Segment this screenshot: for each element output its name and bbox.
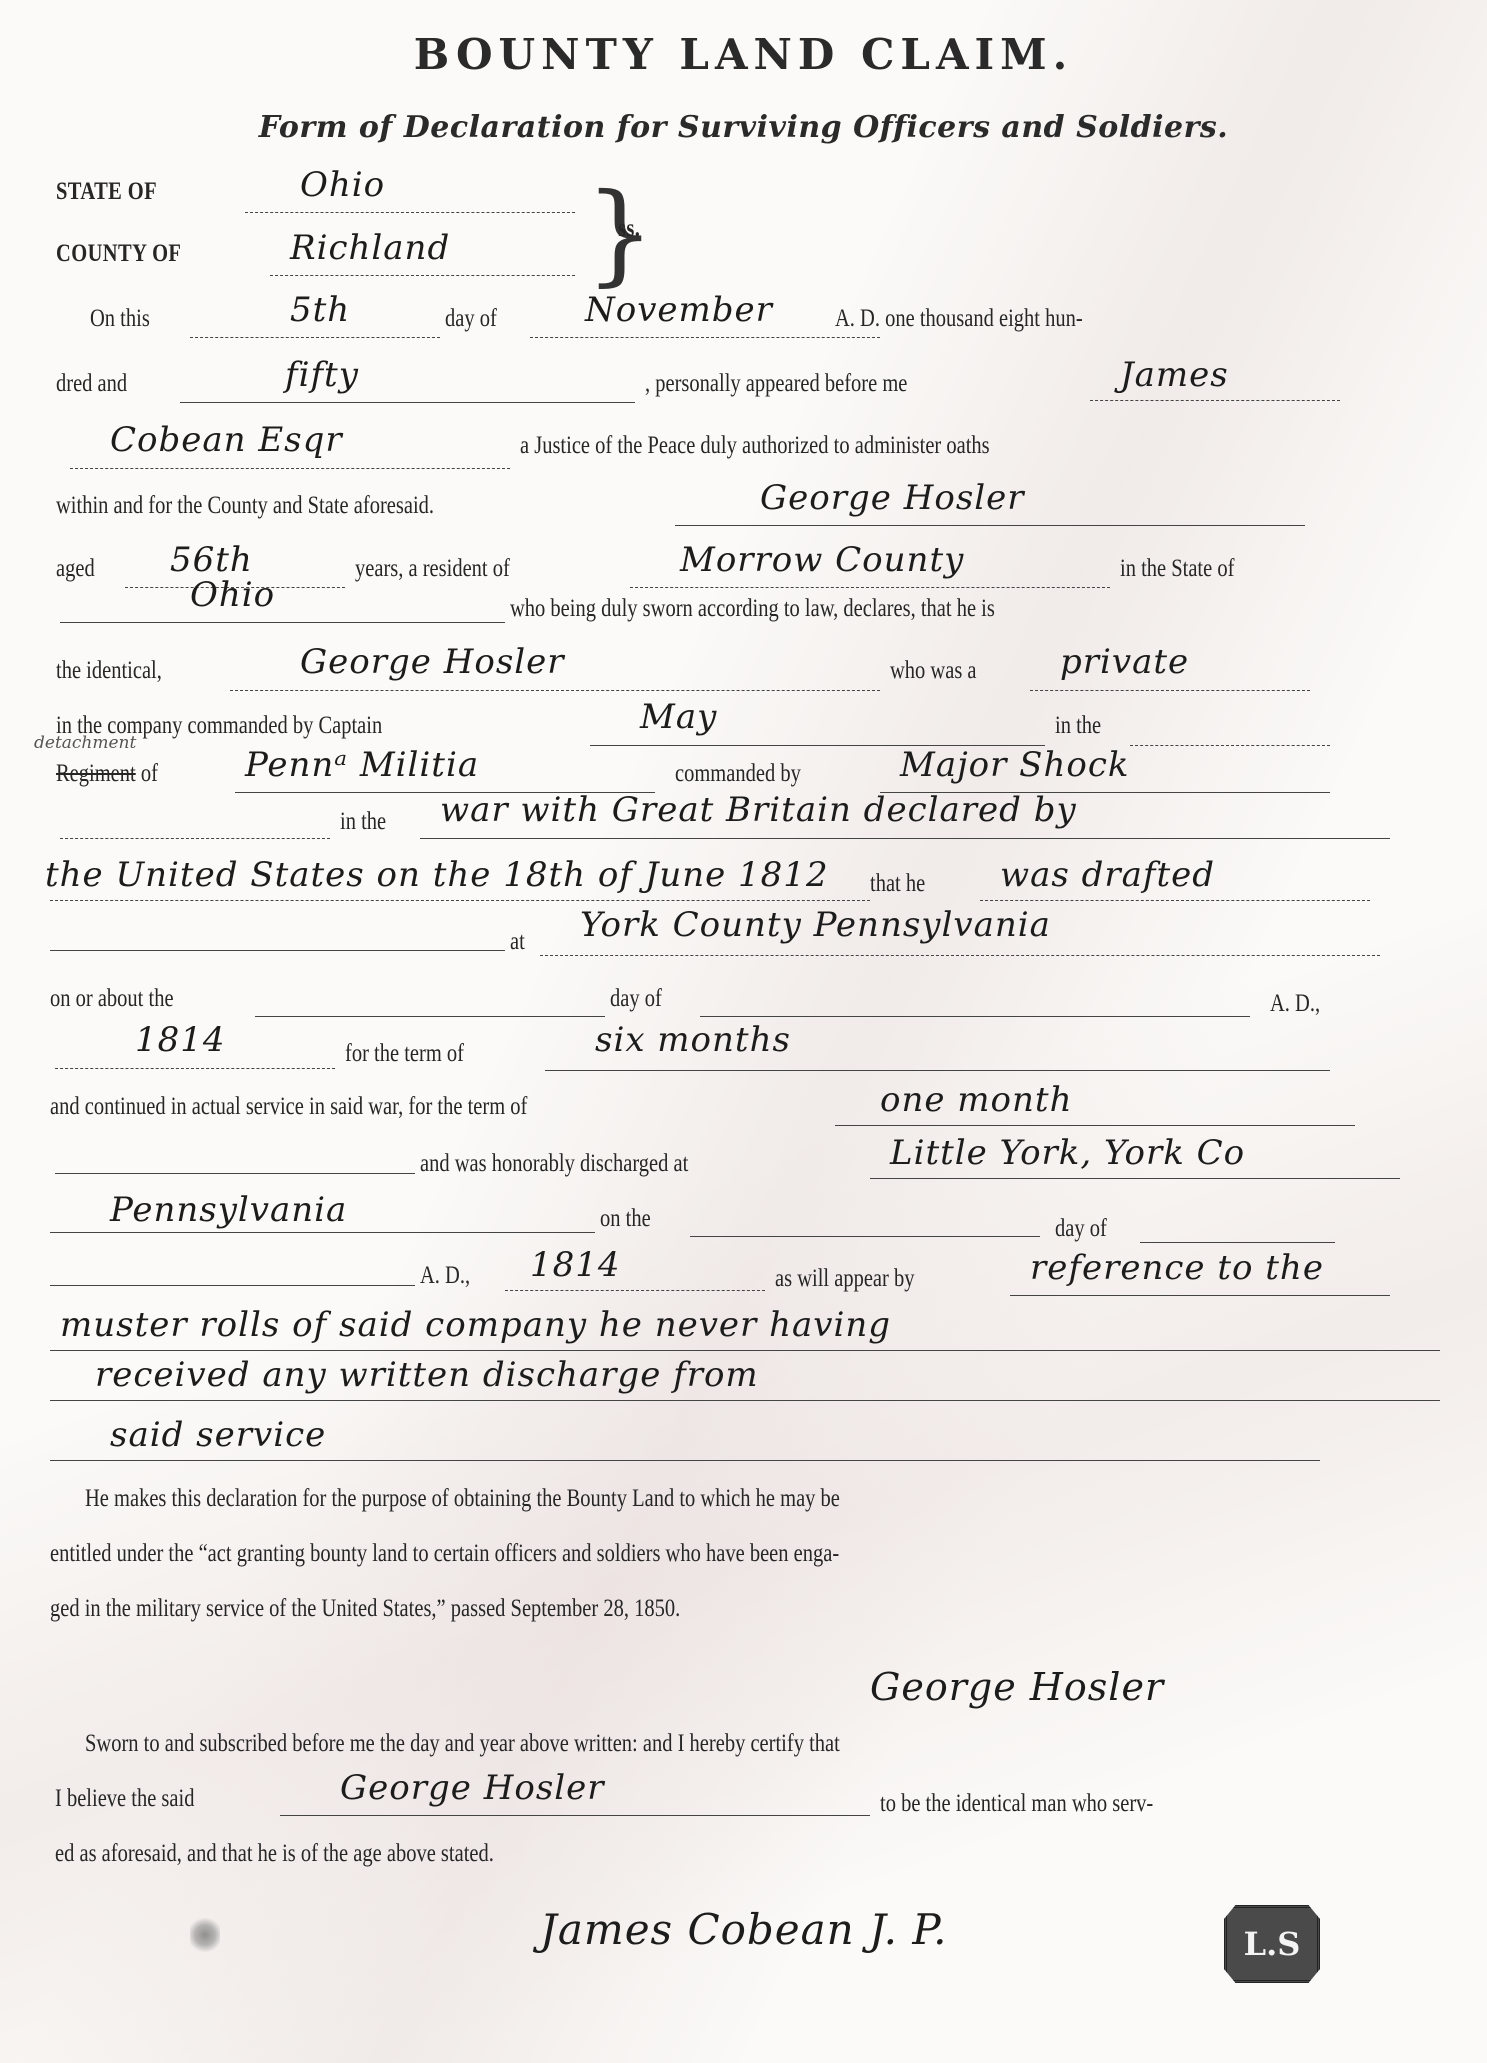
text-justice-of-peace: a Justice of the Peace duly authorized t… <box>520 432 990 460</box>
war-value-1: war with Great Britain declared by <box>440 790 1077 830</box>
declarant-name: George Hosler <box>760 478 1025 518</box>
age-value: 56th <box>170 540 253 580</box>
text-for-term-of: for the term of <box>345 1040 464 1068</box>
discharge-year: 1814 <box>530 1245 621 1285</box>
evidence-field-line-3 <box>50 1400 1440 1401</box>
evidence-4: said service <box>110 1415 326 1455</box>
state-value: Ohio <box>300 165 385 205</box>
county-value: Richland <box>290 228 450 268</box>
margin-insert-detachment: detachment <box>34 733 136 753</box>
text-continued-in-service: and continued in actual service in said … <box>50 1093 527 1121</box>
discharge-place-1: Little York, York Co <box>890 1133 1245 1173</box>
in-the-field-line <box>1130 745 1330 746</box>
month-value: November <box>585 290 773 330</box>
sworn-name: George Hosler <box>340 1768 605 1808</box>
rank-field-line <box>1030 690 1310 691</box>
day-value: 5th <box>290 290 350 330</box>
text-dred-and: dred and <box>56 370 127 398</box>
discharge-month-field-line <box>1140 1242 1335 1243</box>
justice-field-line <box>1090 400 1340 401</box>
drafted-at-value: York County Pennsylvania <box>580 905 1051 945</box>
text-ad-eight-hun: A. D. one thousand eight hun- <box>835 305 1083 333</box>
term-value: six months <box>595 1020 791 1060</box>
discharge-place-field-line-2 <box>50 1232 595 1233</box>
document-title: BOUNTY LAND CLAIM. <box>0 30 1487 79</box>
identical-name: George Hosler <box>300 642 565 682</box>
text-day-of-2: day of <box>610 985 662 1013</box>
discharge-place-field-line <box>870 1178 1400 1179</box>
enlist-year-field-line <box>55 1068 335 1069</box>
discharge-year-field-line <box>505 1290 765 1291</box>
text-on-the: on the <box>600 1205 651 1233</box>
text-in-the-war: in the <box>340 808 386 836</box>
text-personally-appeared: , personally appeared before me <box>645 370 907 398</box>
evidence-1: reference to the <box>1030 1248 1324 1288</box>
justice-first-name: James <box>1120 355 1229 395</box>
text-aged: aged <box>56 555 95 583</box>
served-value: one month <box>880 1080 1072 1120</box>
ink-stain <box>190 1915 220 1955</box>
discharge-place-2: Pennsylvania <box>110 1190 347 1230</box>
text-on-or-about: on or about the <box>50 985 174 1013</box>
ss-label: ss. <box>618 215 640 243</box>
paragraph-purpose-3: ged in the military service of the Unite… <box>50 1595 680 1623</box>
sworn-name-field-line <box>280 1815 870 1816</box>
text-day-of: day of <box>445 305 497 333</box>
text-the-identical: the identical, <box>56 657 162 685</box>
text-years-resident: years, a resident of <box>355 555 510 583</box>
text-honorably-discharged: and was honorably discharged at <box>420 1150 688 1178</box>
evidence-2: muster rolls of said company he never ha… <box>60 1305 891 1345</box>
text-will-appear-by: as will appear by <box>775 1265 914 1293</box>
year-value: fifty <box>285 355 359 395</box>
declarant-signature: George Hosler <box>870 1665 1164 1709</box>
justice-last-name: Cobean Esqr <box>110 420 343 460</box>
day-field-line <box>190 337 440 338</box>
identical-field-line <box>230 690 880 691</box>
evidence-field-line <box>1010 1295 1390 1296</box>
war-field-line-2 <box>50 900 870 901</box>
discharge-left-line <box>55 1173 415 1174</box>
text-that-he: that he <box>870 870 925 898</box>
discharge-month-field-line-2 <box>50 1285 415 1286</box>
text-sworn-to: Sworn to and subscribed before me the da… <box>85 1730 840 1758</box>
text-day-of-3: day of <box>1055 1215 1107 1243</box>
text-in-state-of: in the State of <box>1120 555 1234 583</box>
service-manner: was drafted <box>1000 855 1215 895</box>
state-label: STATE OF <box>56 178 157 206</box>
enlist-day-field-line <box>255 1016 605 1017</box>
evidence-field-line-2 <box>50 1350 1440 1351</box>
justice-field-line-2 <box>70 468 510 469</box>
discharge-day-field-line <box>690 1236 1040 1237</box>
text-at: at <box>510 928 525 956</box>
residence-county: Morrow County <box>680 540 964 580</box>
county-label: COUNTY OF <box>56 240 181 268</box>
paragraph-purpose-1: He makes this declaration for the purpos… <box>85 1485 840 1513</box>
term-field-line <box>545 1070 1330 1071</box>
justice-signature: James Cobean J. P. <box>540 1905 947 1954</box>
residence-state: Ohio <box>190 575 275 615</box>
served-field-line <box>835 1125 1355 1126</box>
drafted-at-field-line <box>540 955 1380 956</box>
commander-value: Major Shock <box>900 745 1129 785</box>
residence-field-line <box>630 587 1110 588</box>
war-field-line <box>420 838 1390 839</box>
enlist-year: 1814 <box>135 1020 226 1060</box>
text-who-was-a: who was a <box>890 657 977 685</box>
document-subtitle: Form of Declaration for Surviving Office… <box>0 110 1487 145</box>
text-regiment-struck: Regiment of <box>56 760 158 788</box>
county-field-line <box>270 275 575 276</box>
text-identical-man: to be the identical man who serv- <box>880 1790 1153 1818</box>
year-field-line <box>180 402 635 403</box>
text-commanded-by: commanded by <box>675 760 801 788</box>
enlist-month-field-line <box>700 1016 1250 1017</box>
manner-field-line <box>980 900 1370 901</box>
text-on-this: On this <box>90 305 150 333</box>
rank-value: private <box>1060 642 1189 682</box>
text-duly-sworn: who being duly sworn according to law, d… <box>510 595 995 623</box>
drafted-field-line-left <box>50 950 505 951</box>
text-ad-3: A. D., <box>420 1262 470 1290</box>
war-value-2: the United States on the 18th of June 18… <box>45 855 829 895</box>
text-believe-the-said: I believe the said <box>55 1785 194 1813</box>
regiment-value: Pennᵃ Militia <box>245 745 479 785</box>
text-within-county: within and for the County and State afor… <box>56 492 434 520</box>
seal-ls: L.S <box>1224 1905 1320 1983</box>
evidence-3: received any written discharge from <box>95 1355 759 1395</box>
evidence-field-line-4 <box>50 1460 1320 1461</box>
state-field-line <box>245 212 575 213</box>
text-in-the: in the <box>1055 712 1101 740</box>
paragraph-purpose-2: entitled under the “act granting bounty … <box>50 1540 839 1568</box>
text-aforesaid-age: ed as aforesaid, and that he is of the a… <box>55 1840 494 1868</box>
text-ad-2: A. D., <box>1270 990 1320 1018</box>
captain-value: May <box>640 697 717 737</box>
declarant-field-line <box>675 525 1305 526</box>
war-field-line-left <box>60 838 330 839</box>
month-field-line <box>530 337 880 338</box>
residence-state-field-line <box>60 622 505 623</box>
